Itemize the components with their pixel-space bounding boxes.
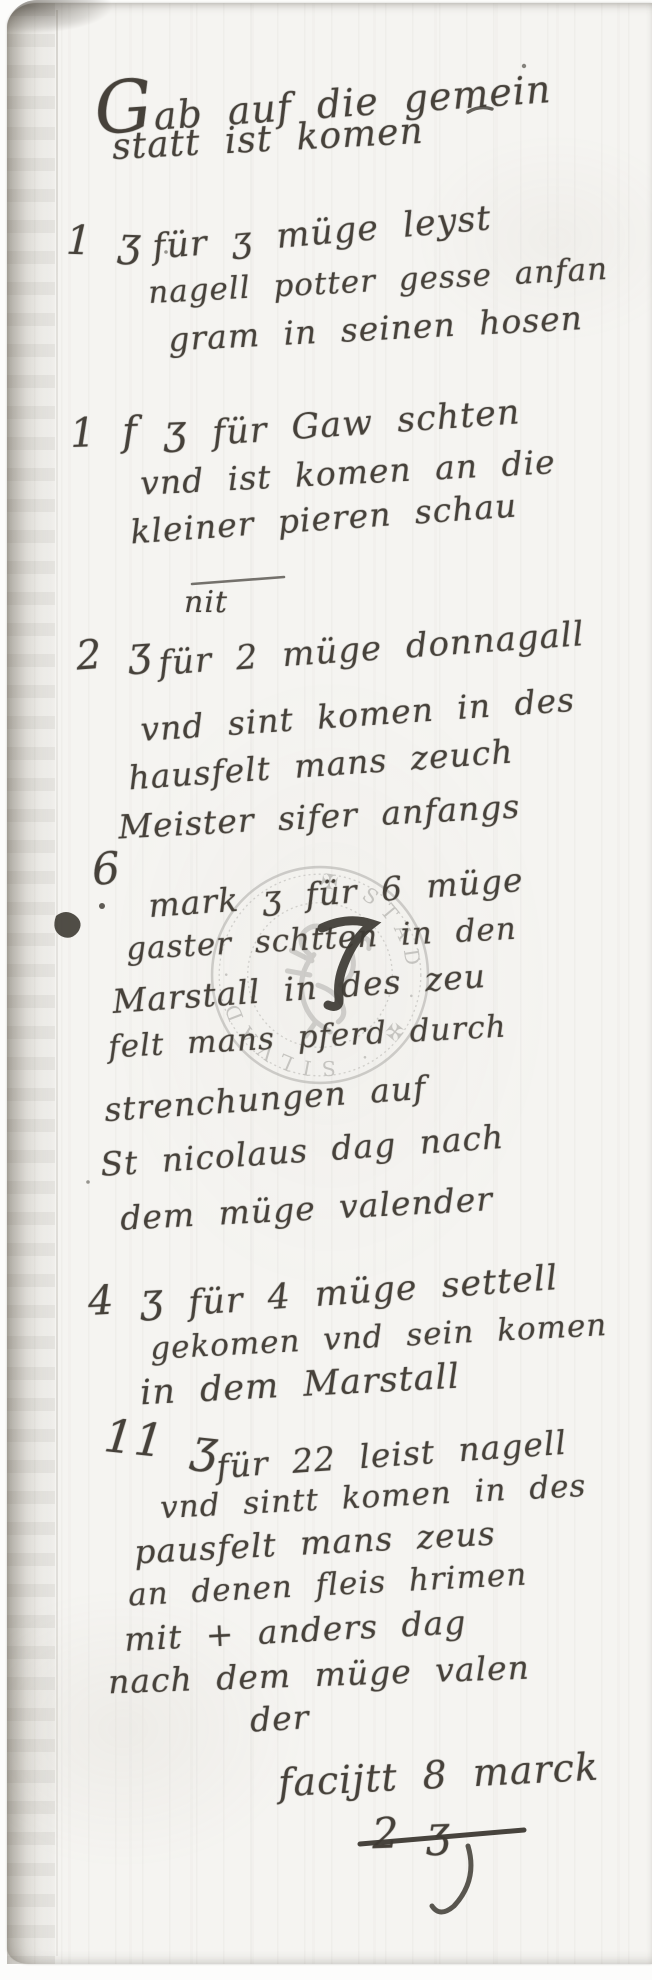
entry-number: 6: [91, 847, 123, 893]
entry-number: 2 ʒ: [75, 631, 153, 676]
manuscript-scan: ✠ STAD · ✠ · SILVAD · Gab auf die gemein…: [0, 0, 652, 1980]
manuscript-line: nit: [184, 588, 228, 618]
entry-number: 11 ʒ: [102, 1412, 221, 1470]
entry-number: 1 ʒ: [65, 221, 142, 264]
entry-number: 4 ʒ: [87, 1278, 165, 1322]
entry-number: 1 f ʒ: [69, 410, 188, 454]
struck-amount: 2 ʒ: [371, 1811, 451, 1856]
manuscript-line: der: [249, 1700, 310, 1736]
